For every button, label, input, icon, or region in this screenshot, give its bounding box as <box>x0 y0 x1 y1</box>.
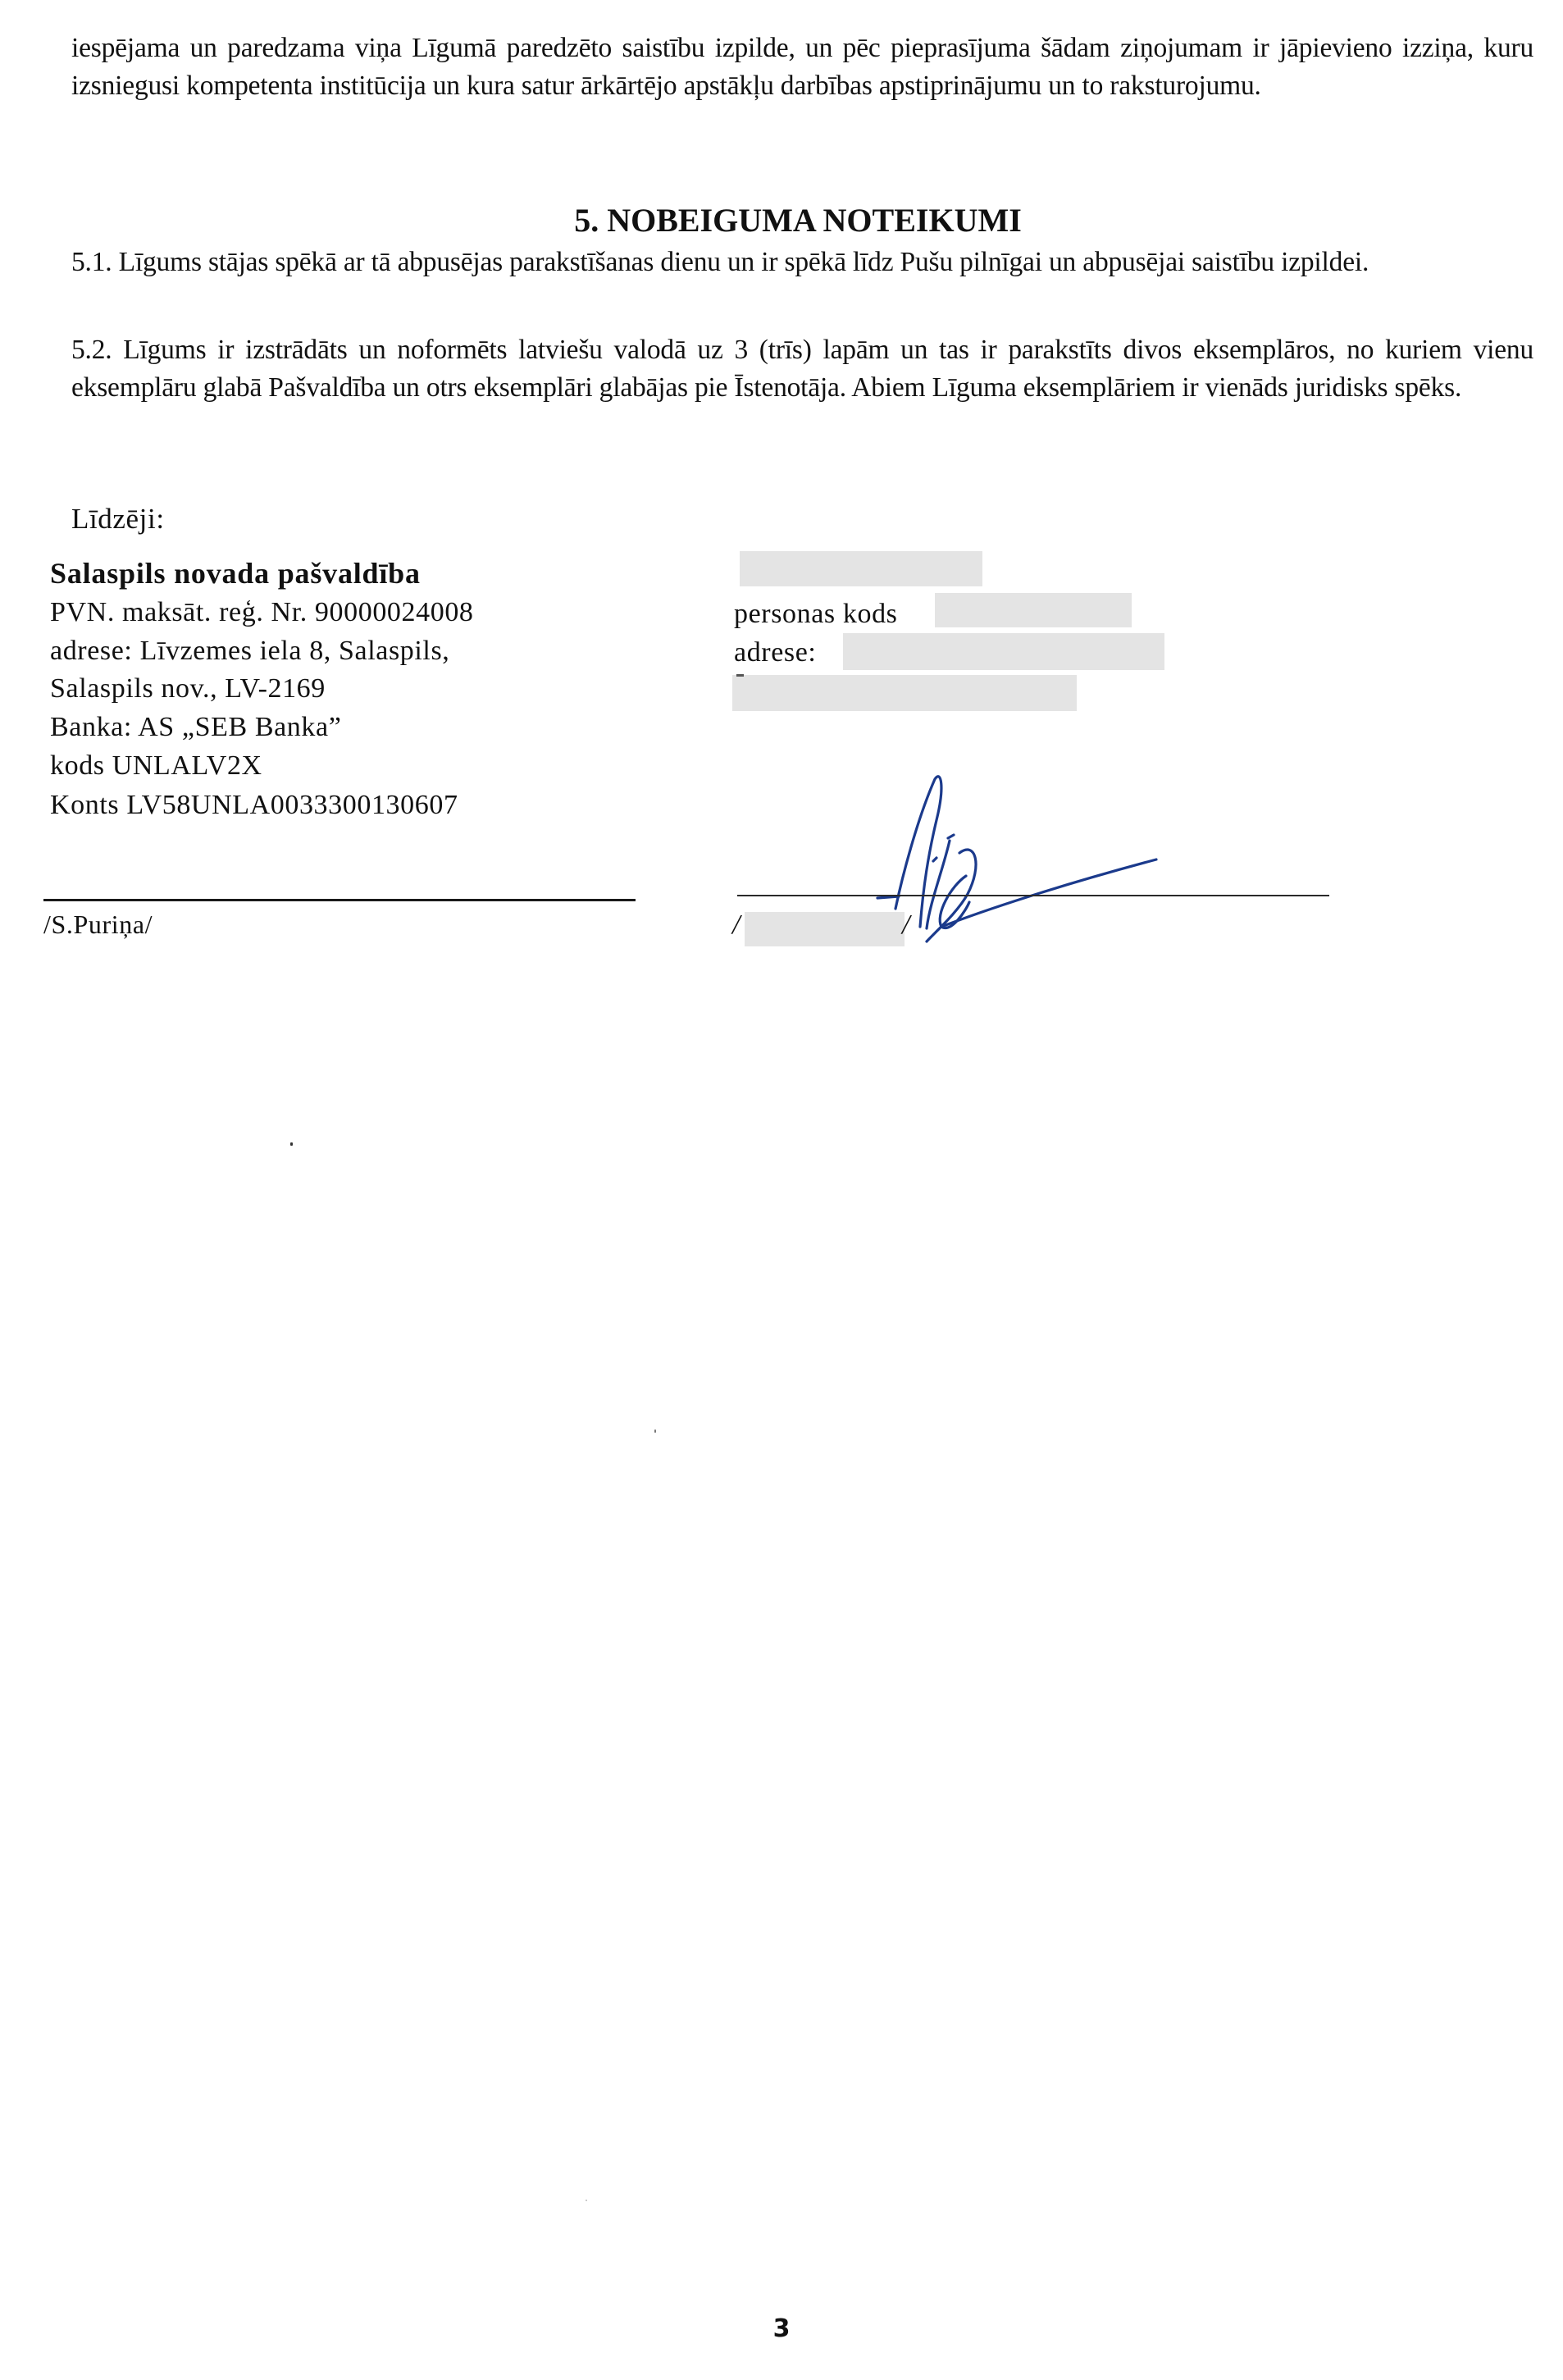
clause-5-2: 5.2. Līgums ir izstrādāts un noformēts l… <box>71 331 1533 407</box>
signatory-close-slash: / <box>902 909 909 942</box>
scan-artifact <box>736 674 744 677</box>
party-left-name: Salaspils novada pašvaldība <box>50 554 421 592</box>
party-left-address: adrese: Līvzemes iela 8, Salaspils, <box>50 632 449 670</box>
party-left-signatory: /S.Puriņa/ <box>43 905 153 943</box>
signatory-open-slash: / <box>732 909 740 942</box>
party-left-account: Konts LV58UNLA0033300130607 <box>50 786 458 824</box>
address-label: adrese: <box>734 634 816 672</box>
personal-code-label: personas kods <box>734 595 898 633</box>
party-left-signature-line <box>43 899 636 901</box>
redacted-personal-code <box>935 593 1132 627</box>
party-left-address-2: Salaspils nov., LV-2169 <box>50 670 326 708</box>
scan-speck <box>654 1429 656 1433</box>
clause-5-1: 5.1. Līgums stājas spēkā ar tā abpusējas… <box>71 244 1533 281</box>
party-left-vat: PVN. maksāt. reģ. Nr. 90000024008 <box>50 594 474 631</box>
party-left-bank: Banka: AS „SEB Banka” <box>50 709 341 746</box>
redacted-name <box>740 551 982 586</box>
page-number: 3 <box>0 2314 1563 2343</box>
continuation-paragraph: iespējama un paredzama viņa Līgumā pared… <box>71 30 1533 105</box>
section-heading: 5. NOBEIGUMA NOTEIKUMI <box>0 200 1563 241</box>
redacted-address-2 <box>732 675 1077 711</box>
scan-speck <box>290 1142 293 1146</box>
party-right-signature-line <box>737 895 1329 896</box>
redacted-signatory-name <box>745 912 905 946</box>
party-left-bank-code: kods UNLALV2X <box>50 747 262 785</box>
parties-label: Līdzēji: <box>71 500 165 538</box>
redacted-address <box>843 633 1164 670</box>
scan-speck <box>586 2200 587 2201</box>
